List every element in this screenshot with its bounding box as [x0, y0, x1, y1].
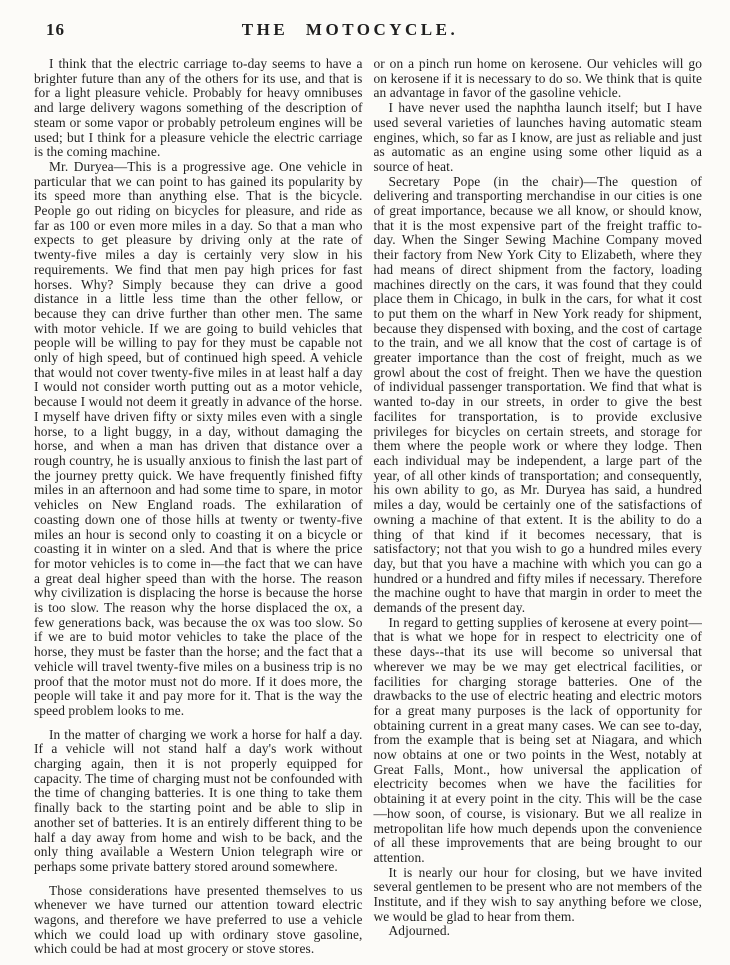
page-header: 16 THE MOTOCYCLE. [0, 20, 730, 46]
paragraph: I have never used the naphtha launch its… [374, 101, 703, 175]
document-page: 16 THE MOTOCYCLE. I think that the elect… [0, 0, 730, 965]
text-columns: I think that the electric carriage to-da… [0, 46, 730, 957]
right-column: or on a pinch run home on kerosene. Our … [374, 57, 703, 957]
paragraph: Secretary Pope (in the chair)—The questi… [374, 175, 703, 616]
paragraph: I think that the electric carriage to-da… [34, 57, 363, 160]
paragraph: It is nearly our hour for closing, but w… [374, 866, 703, 925]
paragraph: or on a pinch run home on kerosene. Our … [374, 57, 703, 101]
paragraph: Those considerations have presented them… [34, 884, 363, 958]
paragraph: In regard to getting supplies of kerosen… [374, 616, 703, 866]
page-title: THE MOTOCYCLE. [0, 20, 700, 40]
left-column: I think that the electric carriage to-da… [34, 57, 363, 957]
paragraph: In the matter of charging we work a hors… [34, 728, 363, 875]
paragraph: Adjourned. [374, 924, 703, 939]
paragraph: Mr. Duryea—This is a progressive age. On… [34, 160, 363, 719]
